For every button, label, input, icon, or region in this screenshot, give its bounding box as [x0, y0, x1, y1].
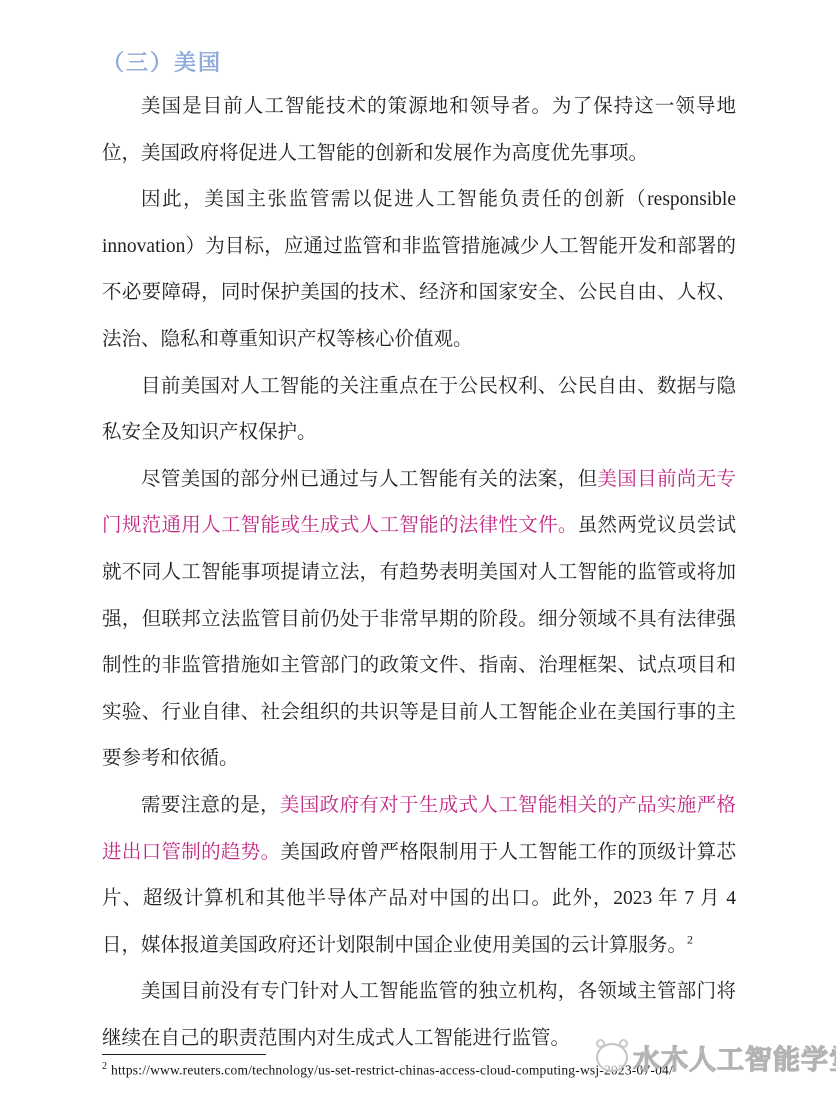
paragraph-text: 尽管美国的部分州已通过与人工智能有关的法案，但: [141, 469, 597, 490]
footnote-separator: [102, 1054, 266, 1055]
paragraph-text: 美国是目前人工智能技术的策源地和领导者。为了保持这一领导地位，美国政府将促进人工…: [102, 96, 736, 164]
paragraph: 尽管美国的部分州已通过与人工智能有关的法案，但美国目前尚无专门规范通用人工智能或…: [102, 457, 736, 783]
paragraph: 美国目前没有专门针对人工智能监管的独立机构，各领域主管部门将继续在自己的职责范围…: [102, 969, 736, 1062]
paragraph: 目前美国对人工智能的关注重点在于公民权利、公民自由、数据与隐私安全及知识产权保护…: [102, 364, 736, 457]
document-page: （三）美国 美国是目前人工智能技术的策源地和领导者。为了保持这一领导地位，美国政…: [0, 0, 836, 1106]
footnote-area: 2https://www.reuters.com/technology/us-s…: [102, 1054, 747, 1079]
section-heading: （三）美国: [102, 46, 222, 77]
paragraph: 因此，美国主张监管需以促进人工智能负责任的创新（responsible inno…: [102, 177, 736, 363]
paragraph-text: 虽然两党议员尝试就不同人工智能事项提请立法，有趋势表明美国对人工智能的监管或将加…: [102, 515, 736, 769]
footnote-link[interactable]: https://www.reuters.com/technology/us-se…: [111, 1063, 673, 1078]
paragraph: 美国是目前人工智能技术的策源地和领导者。为了保持这一领导地位，美国政府将促进人工…: [102, 84, 736, 177]
paragraph-text: 目前美国对人工智能的关注重点在于公民权利、公民自由、数据与隐私安全及知识产权保护…: [102, 376, 736, 444]
paragraph-text: 需要注意的是，: [141, 795, 280, 816]
footnote-marker: 2: [102, 1061, 107, 1072]
paragraph-text: 因此，美国主张监管需以促进人工智能负责任的创新（responsible inno…: [102, 189, 736, 350]
paragraph: 需要注意的是，美国政府有对于生成式人工智能相关的产品实施严格进出口管制的趋势。美…: [102, 783, 736, 969]
footnote-line: 2https://www.reuters.com/technology/us-s…: [102, 1061, 747, 1079]
footnote-reference: 2: [687, 932, 693, 946]
paragraph-text: 美国目前没有专门针对人工智能监管的独立机构，各领域主管部门将继续在自己的职责范围…: [102, 981, 736, 1049]
document-body: 美国是目前人工智能技术的策源地和领导者。为了保持这一领导地位，美国政府将促进人工…: [102, 84, 736, 1062]
